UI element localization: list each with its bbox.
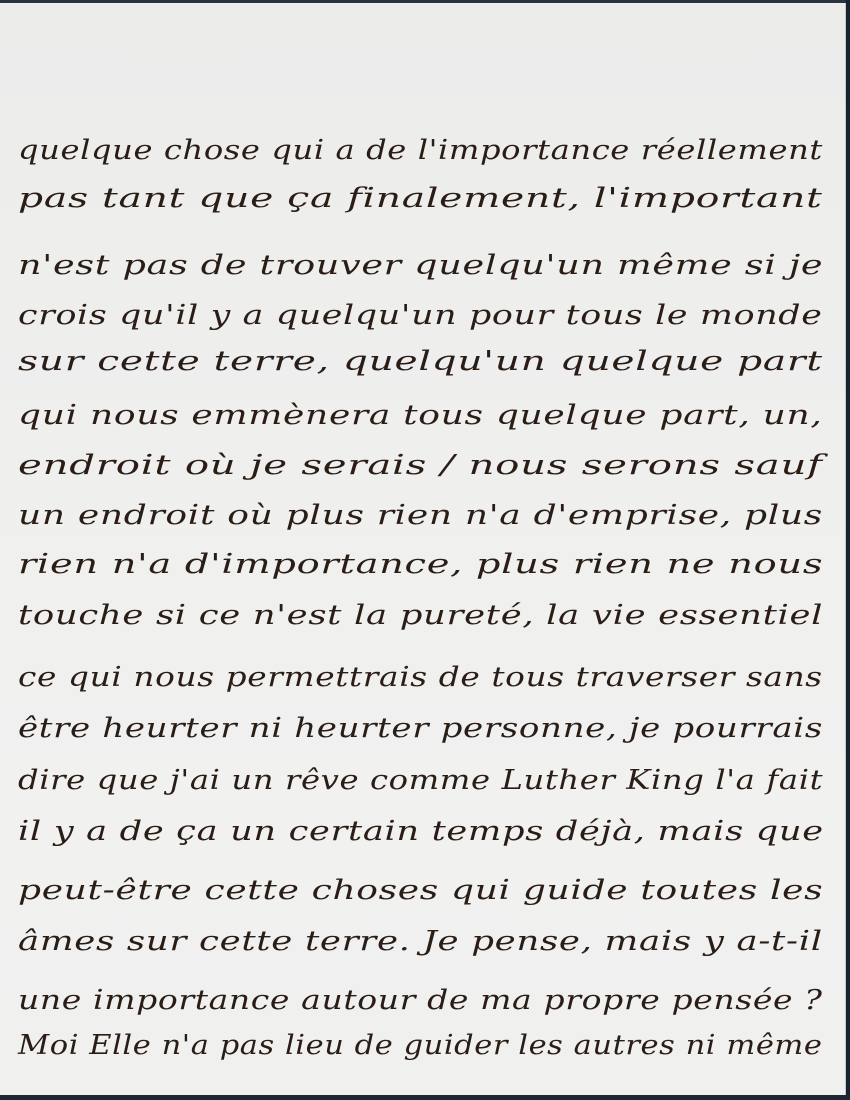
- text-line: quelque chose qui a de l'importance réel…: [18, 135, 823, 166]
- text-line: qui nous emmènera tous quelque part, un,: [18, 400, 822, 431]
- text-line: une importance autour de ma propre pensé…: [18, 985, 823, 1016]
- text-line: touche si ce n'est la pureté, la vie ess…: [18, 600, 823, 631]
- text-line: il y a de ça un certain temps déjà, mais…: [18, 816, 824, 847]
- paper-sheet: quelque chose qui a de l'importance réel…: [0, 3, 846, 1095]
- handwritten-text: quelque chose qui a de l'importance réel…: [0, 3, 846, 1095]
- text-line: être heurter ni heurter personne, je pou…: [18, 713, 823, 744]
- text-line: n'est pas de trouver quelqu'un même si j…: [18, 250, 823, 281]
- text-line: crois qu'il y a quelqu'un pour tous le m…: [18, 300, 822, 331]
- text-line: Moi Elle n'a pas lieu de guider les autr…: [18, 1030, 823, 1061]
- text-line: endroit où je serais / nous serons sauf: [18, 450, 823, 481]
- photo-edge-bottom: [0, 1095, 850, 1100]
- text-line: âmes sur cette terre. Je pense, mais y a…: [18, 926, 823, 957]
- text-line: dire que j'ai un rêve comme Luther King …: [18, 765, 823, 796]
- text-line: ce qui nous permettrais de tous traverse…: [18, 662, 823, 693]
- text-line: rien n'a d'importance, plus rien ne nous: [18, 549, 823, 580]
- text-line: un endroit où plus rien n'a d'emprise, p…: [18, 500, 823, 531]
- text-line: pas tant que ça finalement, l'important: [18, 183, 823, 214]
- text-line: peut-être cette choses qui guide toutes …: [18, 875, 823, 906]
- photo-edge-right: [846, 0, 850, 1100]
- text-line: sur cette terre, quelqu'un quelque part: [18, 346, 823, 377]
